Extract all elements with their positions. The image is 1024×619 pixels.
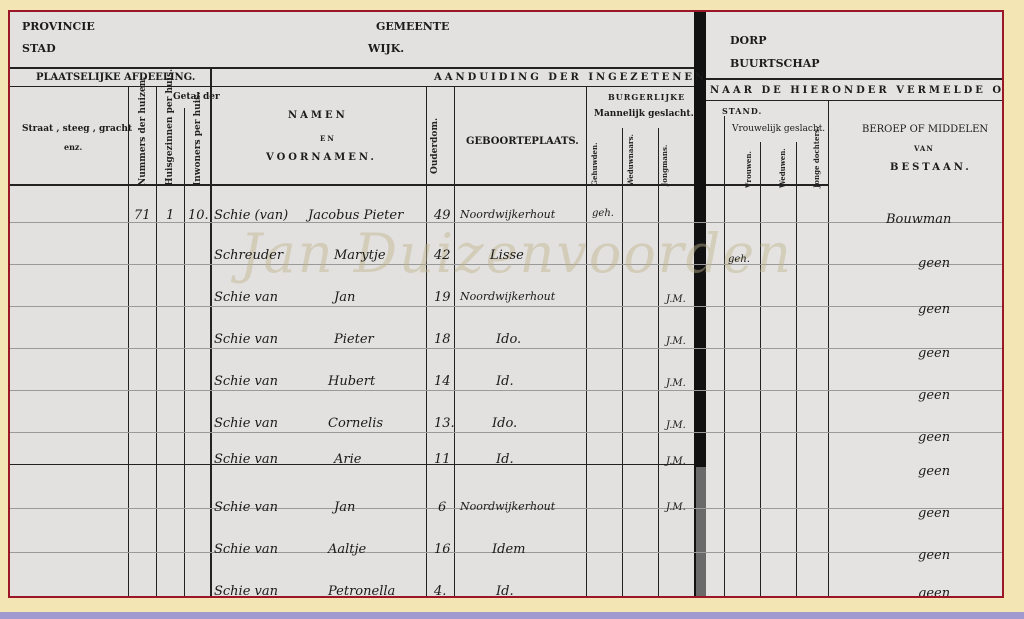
cell-ouderdom: 49 — [434, 208, 451, 223]
gemeente-label: GEMEENTE — [376, 20, 449, 33]
beroep-header-3: BESTAAN. — [890, 162, 972, 173]
cell-mannelijk: J.M. — [666, 336, 686, 347]
cell-inwoners: 10. — [188, 208, 209, 223]
section-rule-right — [706, 100, 1004, 101]
cell-geboorteplaats: Ido. — [496, 332, 521, 347]
cell-mannelijk: geh. — [592, 208, 614, 219]
cell-achternaam: Schie van — [214, 290, 278, 305]
header-rule-right — [706, 78, 1004, 80]
row-line — [10, 348, 1004, 349]
row-line — [10, 432, 1004, 433]
cell-geboorteplaats: Noordwijkerhout — [460, 208, 555, 221]
cell-beroep: geen — [918, 346, 950, 361]
straat-header: Straat , steeg , gracht — [22, 124, 132, 134]
cell-voornaam: Jacobus Pieter — [308, 208, 403, 223]
col-line — [796, 142, 797, 598]
cell-beroep: Bouwman — [886, 212, 951, 227]
vrouwen-header: Vrouwen. — [744, 144, 753, 188]
col-line — [622, 128, 623, 598]
cell-voornaam: Pieter — [334, 332, 374, 347]
col-line — [184, 108, 185, 598]
aanduiding-right-heading: NAAR DE HIERONDER VERMELDE OPG — [710, 85, 1004, 96]
dochters-header: Jonge dochters. — [812, 144, 821, 188]
cell-beroep: geen — [918, 464, 950, 479]
cell-ouderdom: 16 — [434, 542, 451, 557]
weduwnaars-header: Weduwnaars. — [626, 130, 635, 186]
cell-achternaam: Schie van — [214, 452, 278, 467]
cell-geboorteplaats: Lisse — [490, 248, 524, 263]
stad-label: STAD — [22, 42, 56, 55]
cell-ouderdom: 11 — [434, 452, 451, 467]
cell-vrouwelijk: geh. — [728, 254, 750, 265]
header-rule-left — [10, 67, 694, 69]
cell-geboorteplaats: Ido. — [492, 416, 517, 431]
cell-beroep: geen — [918, 388, 950, 403]
cell-ouderdom: 4. — [434, 584, 446, 598]
cell-voornaam: Jan — [334, 290, 355, 305]
cell-ouderdom: 42 — [434, 248, 451, 263]
nummers-header: Nummers der huizen. — [138, 94, 148, 186]
inwoners-header: Inwoners per huis. — [193, 110, 203, 186]
burgerlijke-header: BURGERLIJKE — [608, 92, 685, 102]
row-line — [10, 390, 1004, 391]
cell-achternaam: Schie van — [214, 500, 278, 515]
cell-mannelijk: J.M. — [666, 456, 686, 467]
cell-beroep: geen — [918, 548, 950, 563]
col-line — [210, 67, 212, 598]
cell-voornaam: Aaltje — [328, 542, 366, 557]
weduwen-header: Weduwen. — [778, 144, 787, 188]
cell-achternaam: Schreuder — [214, 248, 283, 263]
col-line — [724, 116, 725, 598]
cell-beroep: geen — [918, 586, 950, 598]
bottom-strip — [0, 612, 1024, 619]
section-rule-left — [10, 86, 694, 87]
cell-voornaam: Arie — [334, 452, 361, 467]
buurtschap-label: BUURTSCHAP — [730, 57, 820, 70]
cell-voornaam: Jan — [334, 500, 355, 515]
cell-achternaam: Schie (van) — [214, 208, 288, 223]
cell-voornaam: Petronella — [328, 584, 395, 598]
beroep-header-1: BEROEP OF MIDDELEN — [862, 124, 988, 135]
cell-mannelijk: J.M. — [666, 502, 686, 513]
beroep-header-2: VAN — [914, 144, 934, 153]
ouderdom-header: Ouderdom. — [430, 112, 440, 174]
cell-mannelijk: J.M. — [666, 420, 686, 431]
cell-beroep: geen — [918, 506, 950, 521]
row-line — [10, 306, 1004, 307]
stand-header: STAND. — [722, 106, 762, 116]
cell-beroep: geen — [918, 256, 950, 271]
cell-ouderdom: 13. — [434, 416, 455, 431]
cell-mannelijk: J.M. — [666, 378, 686, 389]
cell-ouderdom: 14 — [434, 374, 451, 389]
cell-achternaam: Schie van — [214, 332, 278, 347]
wijk-label: WIJK. — [368, 42, 404, 55]
huisgezinnen-header: Huisgezinnen per huis. — [165, 110, 175, 186]
col-line — [454, 86, 455, 598]
straat-enz-header: enz. — [64, 142, 82, 152]
geboorteplaats-header: GEBOORTEPLAATS. — [466, 136, 579, 147]
cell-ouderdom: 6 — [438, 500, 446, 515]
cell-mannelijk: J.M. — [666, 294, 686, 305]
col-line — [156, 86, 157, 598]
voornamen-header: VOORNAMEN. — [266, 152, 377, 163]
namen-header: NAMEN — [288, 110, 348, 121]
mannelijk-header: Mannelijk geslacht. — [594, 109, 694, 119]
provincie-label: PROVINCIE — [22, 20, 95, 33]
cell-beroep: geen — [918, 302, 950, 317]
column-header-rule-left — [10, 184, 694, 186]
cell-achternaam: Schie van — [214, 584, 278, 598]
cell-achternaam: Schie van — [214, 374, 278, 389]
cell-geboorteplaats: Id. — [496, 374, 514, 389]
cell-voornaam: Marytje — [334, 248, 386, 263]
cell-beroep: geen — [918, 430, 950, 445]
en-header: EN — [320, 134, 336, 143]
cell-geboorteplaats: Id. — [496, 584, 514, 598]
aanduiding-heading: AANDUIDING DER INGEZETENEN — [434, 72, 707, 83]
cell-voornaam: Cornelis — [328, 416, 383, 431]
col-line — [828, 100, 829, 598]
book-gutter-lower — [696, 467, 706, 598]
cell-voornaam: Hubert — [328, 374, 375, 389]
document-frame: PROVINCIE STAD GEMEENTE WIJK. DORP BUURT… — [8, 10, 1004, 598]
cell-nummer: 71 — [134, 208, 151, 223]
cell-geboorteplaats: Id. — [496, 452, 514, 467]
dorp-label: DORP — [730, 34, 767, 47]
cell-ouderdom: 18 — [434, 332, 451, 347]
cell-ouderdom: 19 — [434, 290, 451, 305]
jongmans-header: Jongmans. — [660, 130, 669, 186]
col-line — [760, 142, 761, 598]
gehuwden-m-header: Gehuwden. — [590, 130, 599, 186]
col-line — [586, 86, 587, 598]
col-line — [658, 128, 659, 598]
cell-geboorteplaats: Noordwijkerhout — [460, 500, 555, 513]
cell-achternaam: Schie van — [214, 416, 278, 431]
col-line — [128, 86, 129, 598]
cell-geboorteplaats: Idem — [492, 542, 525, 557]
col-line — [426, 86, 427, 598]
cell-achternaam: Schie van — [214, 542, 278, 557]
cell-geboorteplaats: Noordwijkerhout — [460, 290, 555, 303]
cell-huisgezinnen: 1 — [166, 208, 174, 223]
